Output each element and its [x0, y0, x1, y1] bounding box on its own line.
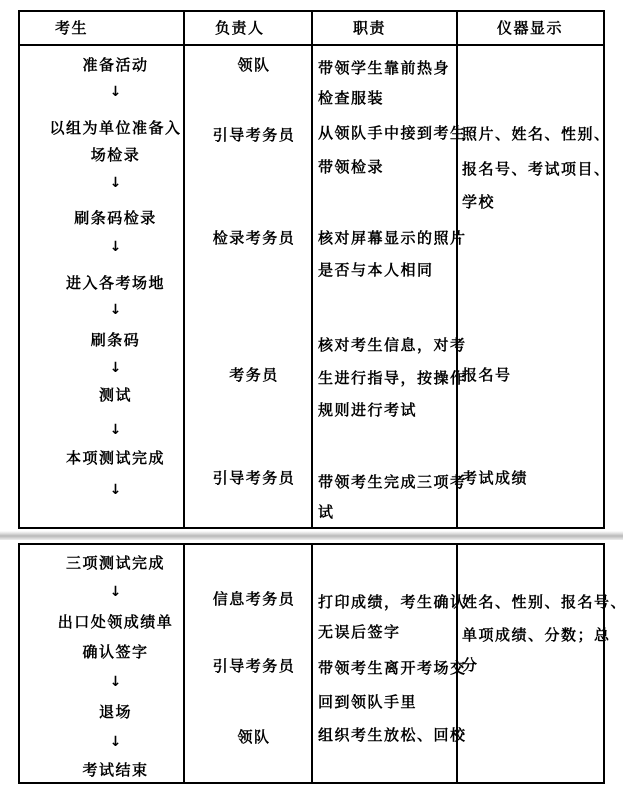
display-line: 学校: [462, 189, 495, 215]
header-underline: [20, 44, 603, 46]
column-divider: [456, 12, 458, 527]
role-label: 考务员: [184, 362, 311, 388]
column-divider: [311, 545, 313, 782]
duty-line: 检查服装: [318, 85, 384, 111]
down-arrow-icon: ↓: [20, 729, 183, 755]
down-arrow-icon: ↓: [20, 170, 183, 196]
duty-line: 从领队手中接到考生: [318, 120, 467, 146]
header-display: 仪器显示: [497, 15, 563, 41]
flow-step: 考试结束: [20, 757, 183, 783]
flow-step: 测试: [20, 382, 183, 408]
display-line: 报名号、考试项目、: [462, 156, 611, 182]
column-divider: [311, 12, 313, 527]
header-examinee: 考生: [55, 15, 88, 41]
duty-line: 回到领队手里: [318, 689, 417, 715]
display-line: 姓名、性别、报名号、: [462, 589, 623, 615]
role-label: 信息考务员: [184, 586, 311, 612]
flow-step: 退场: [20, 699, 183, 725]
flow-step: 进入各考场地: [20, 270, 183, 296]
duty-line: 带领学生靠前热身: [318, 55, 450, 81]
display-line: 分: [462, 652, 479, 678]
duty-line: 规则进行考试: [318, 397, 417, 423]
display-line: 报名号: [462, 362, 512, 388]
display-line: 照片、姓名、性别、: [462, 121, 611, 147]
duty-line: 生进行指导，按操作: [318, 365, 467, 391]
flow-step: 以组为单位准备入: [20, 115, 183, 141]
role-label: 引导考务员: [184, 653, 311, 679]
flow-step: 出口处领成绩单: [20, 609, 183, 635]
role-label: 引导考务员: [184, 122, 311, 148]
down-arrow-icon: ↓: [20, 79, 183, 105]
flow-step: 本项测试完成: [20, 445, 183, 471]
down-arrow-icon: ↓: [20, 234, 183, 260]
duty-line: 核对考生信息，对考: [318, 332, 467, 358]
flow-step: 刷条码检录: [20, 205, 183, 231]
flow-step: 刷条码: [20, 327, 183, 353]
display-line: 考试成绩: [462, 465, 528, 491]
down-arrow-icon: ↓: [20, 417, 183, 443]
duty-line: 带领考生离开考场交: [318, 655, 467, 681]
procedure-table-page2: 三项测试完成 ↓ 出口处领成绩单 确认签字 ↓ 退场 ↓ 考试结束 信息考务员 …: [18, 543, 605, 784]
flow-step: 三项测试完成: [20, 550, 183, 576]
duty-line: 打印成绩，考生确认: [318, 589, 467, 615]
role-label: 领队: [184, 52, 311, 78]
duty-line: 无误后签字: [318, 619, 401, 645]
flow-step: 场检录: [20, 142, 183, 168]
role-label: 引导考务员: [184, 465, 311, 491]
duty-line: 核对屏幕显示的照片: [318, 225, 467, 251]
down-arrow-icon: ↓: [20, 297, 183, 323]
duty-line: 是否与本人相同: [318, 257, 434, 283]
duty-line: 组织考生放松、回校: [318, 722, 467, 748]
role-label: 检录考务员: [184, 225, 311, 251]
document-page: 考生 负责人 职责 仪器显示 准备活动 ↓ 以组为单位准备入 场检录 ↓ 刷条码…: [0, 0, 623, 802]
display-line: 单项成绩、分数；总: [462, 622, 611, 648]
flow-step: 准备活动: [20, 52, 183, 78]
down-arrow-icon: ↓: [20, 669, 183, 695]
role-label: 领队: [184, 724, 311, 750]
header-responsible: 负责人: [215, 15, 265, 41]
duty-line: 带领检录: [318, 154, 384, 180]
down-arrow-icon: ↓: [20, 355, 183, 381]
flow-step: 确认签字: [20, 639, 183, 665]
header-duty: 职责: [353, 15, 386, 41]
procedure-table-page1: 考生 负责人 职责 仪器显示 准备活动 ↓ 以组为单位准备入 场检录 ↓ 刷条码…: [18, 10, 605, 529]
down-arrow-icon: ↓: [20, 579, 183, 605]
duty-line: 试: [318, 499, 335, 525]
page-break-divider: [0, 531, 623, 540]
down-arrow-icon: ↓: [20, 477, 183, 503]
column-divider: [183, 12, 185, 527]
duty-line: 带领考生完成三项考: [318, 469, 467, 495]
